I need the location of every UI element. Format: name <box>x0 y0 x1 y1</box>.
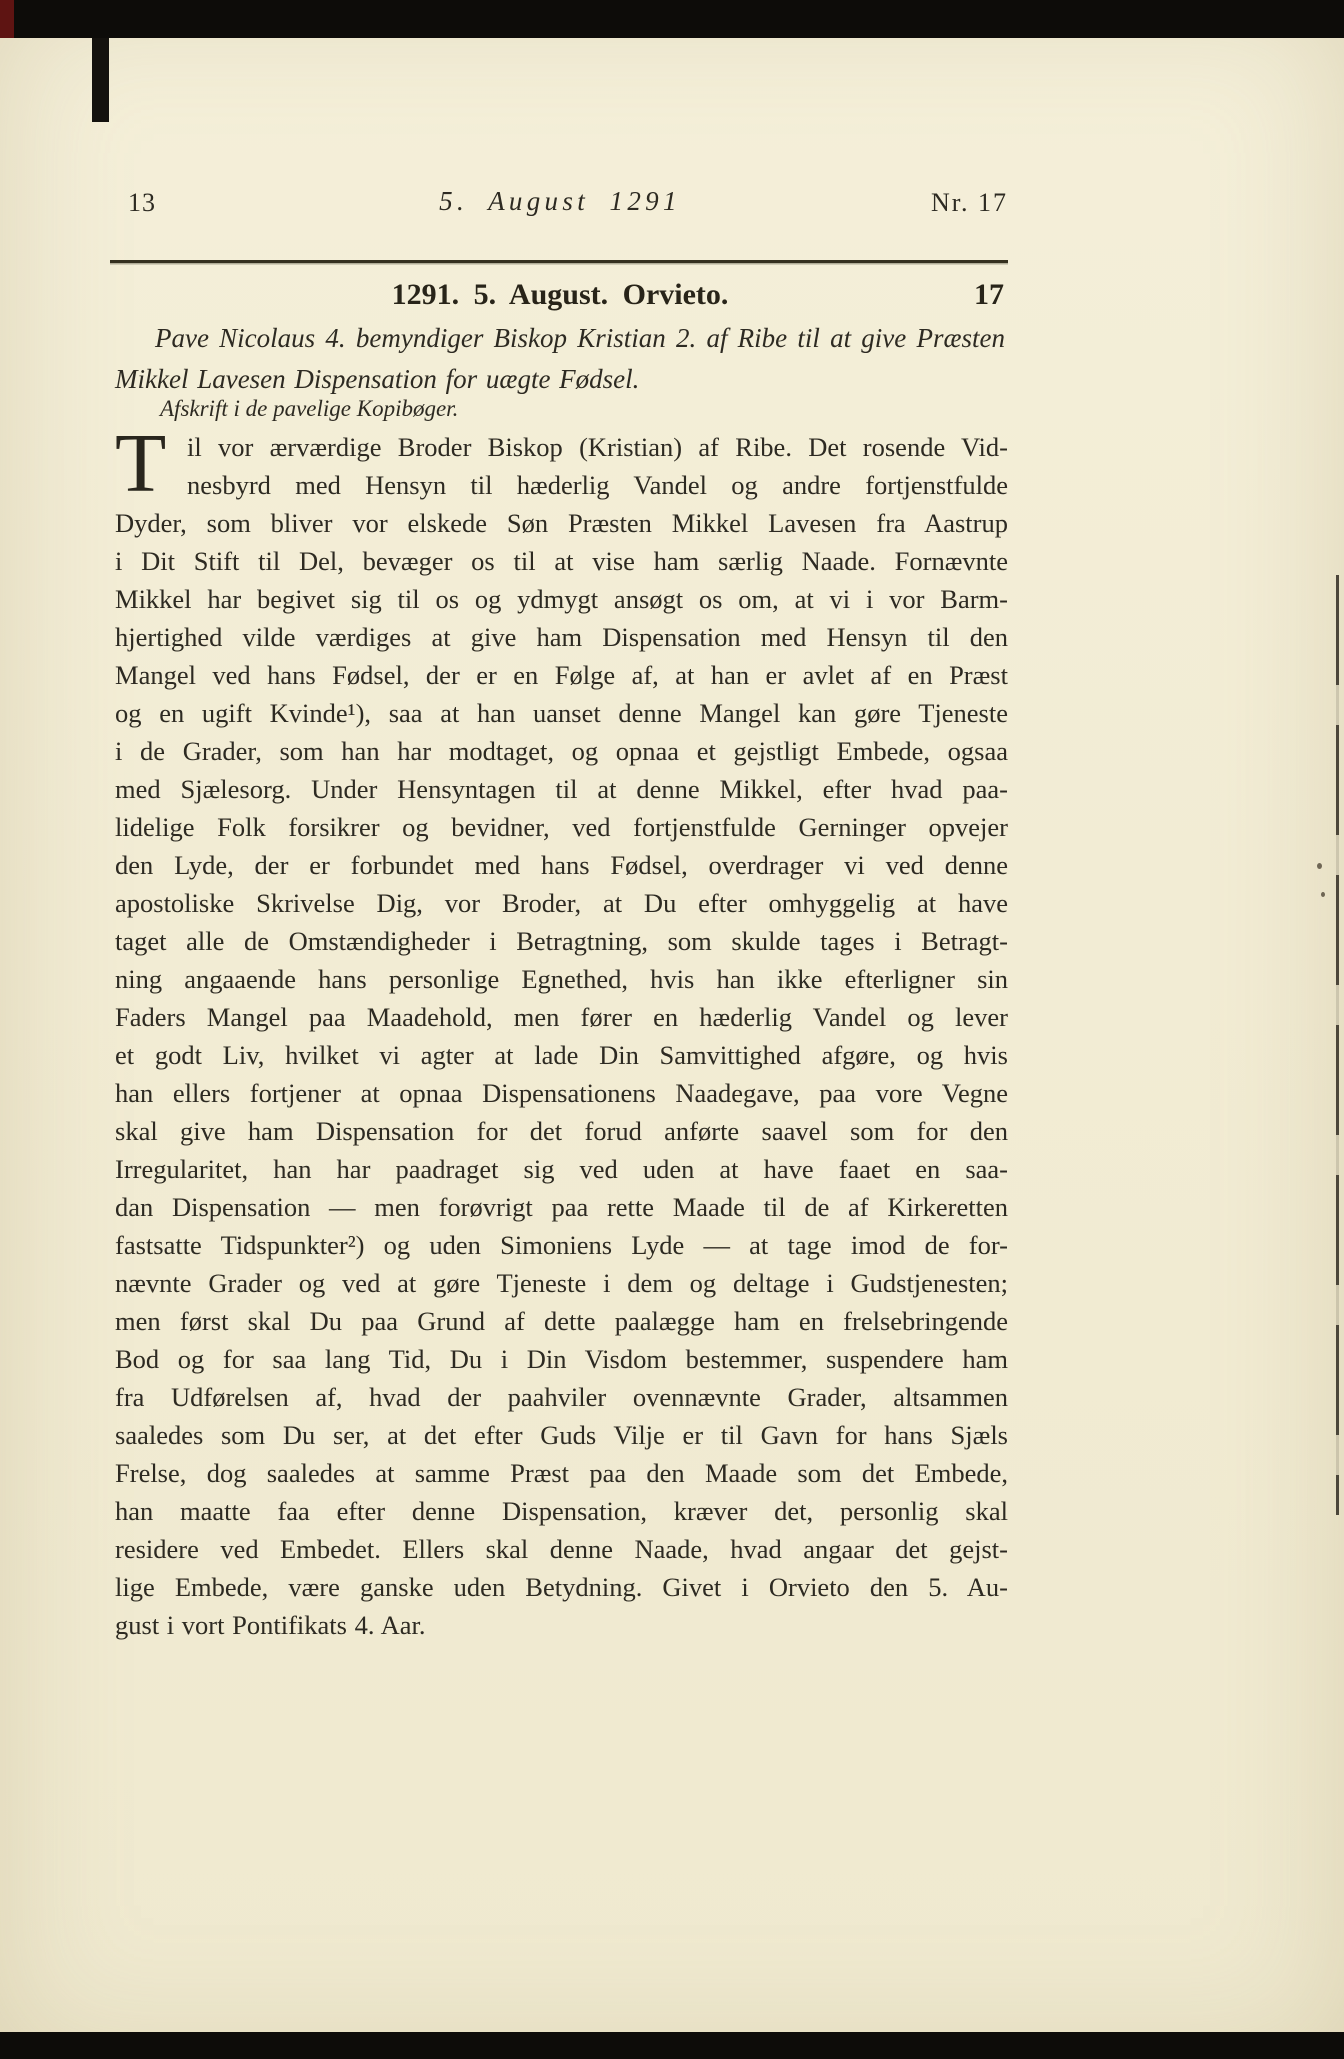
body-line: men først skal Du paa Grund af dette paa… <box>115 1302 1008 1340</box>
body-line: Faders Mangel paa Maadehold, men fører e… <box>115 998 1008 1036</box>
body-line: nævnte Grader og ved at gøre Tjeneste i … <box>115 1264 1008 1302</box>
body-line: i de Grader, som han har modtaget, og op… <box>115 732 1008 770</box>
body-line: il vor ærværdige Broder Biskop (Kristian… <box>115 428 1008 466</box>
scan-artifact-bottom-bar <box>0 2032 1344 2059</box>
body-line: Mangel ved hans Fødsel, der er en Følge … <box>115 656 1008 694</box>
body-line: Frelse, dog saaledes at samme Præst paa … <box>115 1454 1008 1492</box>
body-line: nesbyrd med Hensyn til hæderlig Vandel o… <box>115 466 1008 504</box>
scan-artifact-red-chip <box>0 0 14 38</box>
scan-artifact-speck <box>1321 892 1325 897</box>
body-line: skal give ham Dispensation for det forud… <box>115 1112 1008 1150</box>
scan-artifact-right-edge-line <box>1336 575 1339 1515</box>
summary-line: Pave Nicolaus 4. bemyndiger Biskop Krist… <box>115 318 1005 359</box>
body-line: og en ugift Kvinde¹), saa at han uanset … <box>115 694 1008 732</box>
document-title: 1291. 5. August. Orvieto. <box>112 276 1008 314</box>
body-line: den Lyde, der er forbundet med hans Føds… <box>115 846 1008 884</box>
body-line: residere ved Embedet. Ellers skal denne … <box>115 1530 1008 1568</box>
page-header: 13 5. August 1291 Nr. 17 <box>112 186 1008 222</box>
header-divider-rule <box>110 260 1008 263</box>
body-line: Bod og for saa lang Tid, Du i Din Visdom… <box>115 1340 1008 1378</box>
body-line: fra Udførelsen af, hvad der paahviler ov… <box>115 1378 1008 1416</box>
drop-cap: T <box>115 428 173 502</box>
body-line: et godt Liv, hvilket vi agter at lade Di… <box>115 1036 1008 1074</box>
body-line: apostoliske Skrivelse Dig, vor Broder, a… <box>115 884 1008 922</box>
body-line: lige Embede, være ganske uden Betydning.… <box>115 1568 1008 1606</box>
body-line: gust i vort Pontifikats 4. Aar. <box>115 1606 1008 1644</box>
scan-artifact-top-bar <box>0 0 1344 38</box>
body-line: han maatte faa efter denne Dispensation,… <box>115 1492 1008 1530</box>
body-line: Mikkel har begivet sig til os og ydmygt … <box>115 580 1008 618</box>
document-number: 17 <box>974 276 1004 314</box>
source-note: Afskrift i de pavelige Kopibøger. <box>160 394 860 424</box>
scanned-document-page: 13 5. August 1291 Nr. 17 1291. 5. August… <box>0 0 1344 2059</box>
body-line: Dyder, som bliver vor elskede Søn Præste… <box>115 504 1008 542</box>
scan-artifact-left-notch <box>92 38 109 122</box>
body-line: ning angaaende hans personlige Egnethed,… <box>115 960 1008 998</box>
body-line: i Dit Stift til Del, bevæger os til at v… <box>115 542 1008 580</box>
document-body: T il vor ærværdige Broder Biskop (Kristi… <box>115 428 1008 1644</box>
header-issue-number: Nr. 17 <box>931 186 1008 220</box>
body-line: taget alle de Omstændigheder i Betragtni… <box>115 922 1008 960</box>
body-line: lidelige Folk forsikrer og bevidner, ved… <box>115 808 1008 846</box>
body-line: Irregularitet, han har paadraget sig ved… <box>115 1150 1008 1188</box>
header-running-title: 5. August 1291 <box>112 184 1008 218</box>
body-line: hjertighed vilde værdiges at give ham Di… <box>115 618 1008 656</box>
body-line: med Sjælesorg. Under Hensyntagen til at … <box>115 770 1008 808</box>
body-line: dan Dispensation — men forøvrigt paa ret… <box>115 1188 1008 1226</box>
document-title-row: 1291. 5. August. Orvieto. 17 <box>112 276 1008 314</box>
body-line: fastsatte Tidspunkter²) og uden Simonien… <box>115 1226 1008 1264</box>
body-line: saaledes som Du ser, at det efter Guds V… <box>115 1416 1008 1454</box>
document-summary: Pave Nicolaus 4. bemyndiger Biskop Krist… <box>115 318 1005 400</box>
scan-artifact-speck <box>1317 863 1322 869</box>
body-line: han ellers fortjener at opnaa Dispensati… <box>115 1074 1008 1112</box>
